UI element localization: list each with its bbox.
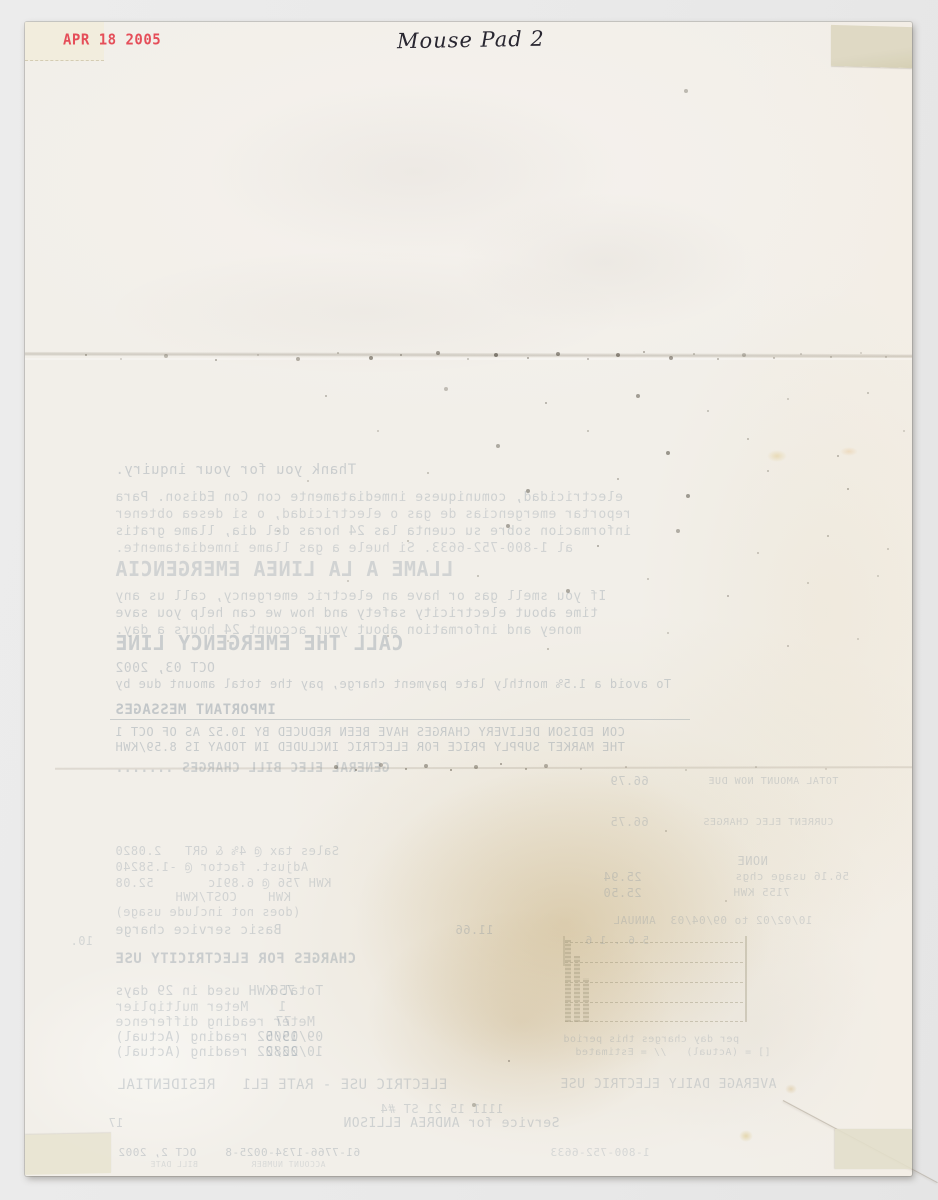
ghost-text-line: 10/02/02 to 09/04/03 ANNUAL: [613, 915, 812, 926]
ghost-text-line: AVERAGE DAILY ELECTRIC USE: [560, 1078, 777, 1091]
ghost-text-line: [] = (Actual) // = Estimated: [575, 1048, 771, 1058]
ghost-text-line: THE MARKET SUPPLY PRICE FOR ELECTRIC INC…: [115, 741, 625, 753]
ghost-text-line: CURRENT ELEC CHARGES: [703, 818, 833, 828]
ghost-text-line: Sales tax @ 4% & GRT 2.0820: [115, 845, 339, 857]
ghost-text-line: CHARGES FOR ELECTRICITY USE: [115, 952, 356, 966]
ghost-text-line: Meter multiplier: [115, 1001, 248, 1014]
ghost-text-line: 1: [278, 1001, 286, 1014]
fold-crease-upper-highlight: [25, 358, 912, 360]
ghost-text-line: 77: [275, 1016, 292, 1029]
ghost-text-line: per day charges this period: [563, 1035, 739, 1045]
ghost-text-line: KWH COST/KWH: [175, 891, 291, 903]
yellow-smudge: [739, 1130, 753, 1142]
ghost-text-line: To avoid a 1.5% monthly late payment cha…: [115, 678, 671, 690]
ghost-text-line: CALL THE EMERGENCY LINE: [115, 633, 403, 653]
ghost-rule: [110, 719, 690, 720]
ghost-bill-text: Thank you for your inquiry.electricidad,…: [25, 22, 912, 1176]
ghost-text-line: 5 6 . 1 6: [585, 935, 649, 946]
tape-bottom-left: [25, 1133, 111, 1175]
ghost-text-line: (does not include usage): [115, 906, 300, 918]
ghost-text-line: 25.50: [603, 887, 642, 899]
ghost-text-line: Service for ANDREA ELLISON: [343, 1117, 560, 1130]
tape-top-right: [831, 25, 912, 68]
ghost-text-line: 56.16 usage chgs: [735, 871, 849, 882]
document-paper: Thank you for your inquiry.electricidad,…: [25, 22, 912, 1176]
ghost-text-line: 7155 KWH: [733, 887, 790, 898]
yellow-smudge: [767, 450, 787, 462]
ghost-text-line: time about electricity safety and how we…: [115, 607, 598, 620]
ghost-text-line: 1905: [265, 1031, 298, 1044]
ghost-text-line: Thank you for your inquiry.: [115, 463, 356, 477]
date-stamp: APR 18 2005: [63, 31, 161, 48]
ghost-text-line: Basic service charge: [115, 924, 282, 937]
ghost-text-line: 25.94: [603, 871, 642, 883]
ghost-text-line: al 1-800-752-6633. Si huele a gas llame …: [115, 542, 573, 555]
ghost-text-line: If you smell gas or have an electric eme…: [115, 590, 606, 603]
tape-bottom-right: [835, 1129, 912, 1169]
ghost-text-line: ELECTRIC USE - RATE EL1 RESIDENTIAL: [117, 1078, 447, 1092]
ghost-text-line: OCT 03, 2002: [115, 662, 215, 675]
ghost-text-line: TOTAL AMOUNT NOW DUE: [708, 777, 838, 787]
ghost-bar-chart: [563, 936, 747, 1028]
yellow-smudge: [785, 1084, 797, 1094]
ghost-text-line: 10.: [70, 935, 93, 947]
ghost-text-line: LLAME A LA LINEA EMERGENCIA: [115, 559, 454, 579]
ghost-text-line: ACCOUNT NUMBER BILL DATE: [150, 1161, 325, 1169]
ghost-text-line: 17: [108, 1117, 123, 1129]
ghost-text-line: 1111 15 21 ST #4: [380, 1103, 504, 1115]
handwritten-note: Mouse Pad 2: [397, 27, 537, 53]
ghost-text-line: electricidad, comuniquese inmediatamente…: [115, 491, 623, 504]
ghost-text-line: informacion sobre su cuenta las 24 horas…: [115, 525, 631, 538]
ghost-text-line: 756: [270, 985, 295, 998]
ghost-text-line: 66.75: [610, 816, 649, 828]
ghost-text-line: IMPORTANT MESSAGES: [115, 703, 276, 717]
ghost-text-line: 61-7766-1734-0025-8 OCT 2, 2002: [118, 1147, 360, 1158]
ghost-text-line: CON EDISON DELIVERY CHARGES HAVE BEEN RE…: [115, 726, 625, 738]
ghost-text-line: NONE: [737, 855, 768, 867]
yellow-smudge: [840, 447, 858, 456]
ghost-text-line: 11.66: [455, 924, 494, 936]
ghost-text-line: 66.79: [610, 775, 649, 787]
ghost-text-line: 2682: [265, 1046, 298, 1059]
ghost-text-line: 1-800-752-6633: [550, 1147, 650, 1158]
ghost-text-line: reportar emergencias de gas o electricid…: [115, 508, 631, 521]
ghost-text-line: KWH 756 @ 6.891c 52.08: [115, 877, 331, 889]
ghost-text-line: Adjust. factor @ -1.58240: [115, 861, 308, 873]
photo-of-document-back: { "stamp": { "text": "APR 18 2005", "col…: [0, 0, 938, 1200]
